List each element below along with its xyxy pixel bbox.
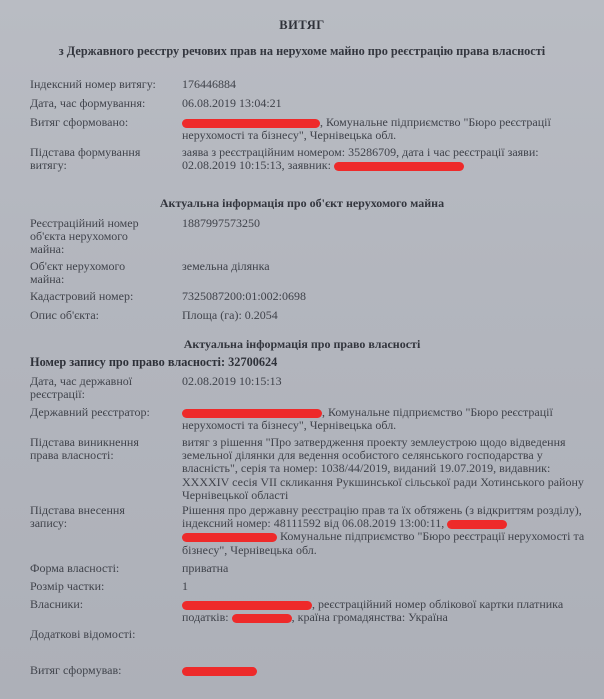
- field-value: Площа (га): 0.2054: [182, 309, 592, 322]
- field-value: 1: [182, 580, 592, 593]
- field-label: Додаткові відомості:: [30, 628, 175, 641]
- field-value: приватна: [182, 562, 592, 575]
- field-label: Об'єкт нерухомого майна:: [30, 260, 145, 286]
- field-label: Індексний номер витягу:: [30, 78, 175, 91]
- redaction-mark: [182, 119, 320, 128]
- document-subtitle: з Державного реєстру речових прав на нер…: [0, 44, 604, 59]
- field-label: Підстава внесення запису:: [30, 504, 148, 530]
- ownership-section-heading: Актуальна інформація про право власності: [0, 337, 604, 352]
- redaction-mark: [447, 520, 507, 529]
- field-label: Власники:: [30, 598, 175, 611]
- field-value: витяг з рішення "Про затвердження проект…: [182, 436, 592, 502]
- field-label: Форма власності:: [30, 562, 175, 575]
- field-value: земельна ділянка: [182, 260, 592, 273]
- field-value: 176446884: [182, 78, 592, 91]
- field-label: Реєстраційний номер об'єкта нерухомого м…: [30, 217, 145, 257]
- redaction-mark: [182, 667, 257, 676]
- field-value: 7325087200:01:002:0698: [182, 290, 592, 303]
- field-value-tail: , країна громадянства: Україна: [292, 610, 448, 624]
- redaction-mark: [334, 162, 464, 171]
- field-label: Підстава виникнення права власності:: [30, 436, 148, 462]
- field-label: Розмір частки:: [30, 580, 175, 593]
- field-label: Витяг сформовано:: [30, 116, 175, 129]
- ownership-record-number: Номер запису про право власності: 327006…: [30, 355, 277, 370]
- field-label: Державний реєстратор:: [30, 406, 175, 419]
- field-label: Дата, час державної реєстрації:: [30, 375, 145, 401]
- field-value: 1887997573250: [182, 217, 592, 230]
- field-label: Витяг сформував:: [30, 664, 175, 677]
- field-value: 06.08.2019 13:04:21: [182, 97, 592, 110]
- document-title: ВИТЯГ: [0, 18, 604, 33]
- extract-document: ВИТЯГ з Державного реєстру речових прав …: [0, 0, 604, 699]
- field-label: Дата, час формування:: [30, 97, 175, 110]
- field-label: Кадастровий номер:: [30, 290, 175, 303]
- redaction-mark: [232, 614, 292, 623]
- redaction-mark: [182, 533, 277, 542]
- field-value: 02.08.2019 10:15:13: [182, 375, 592, 388]
- field-label: Підстава формування витягу:: [30, 146, 175, 172]
- field-label: Опис об'єкта:: [30, 309, 175, 322]
- field-value: Рішення про державну реєстрацію прав та …: [182, 503, 582, 530]
- object-section-heading: Актуальна інформація про об'єкт нерухомо…: [0, 196, 604, 211]
- redaction-mark: [182, 409, 322, 418]
- redaction-mark: [182, 601, 312, 610]
